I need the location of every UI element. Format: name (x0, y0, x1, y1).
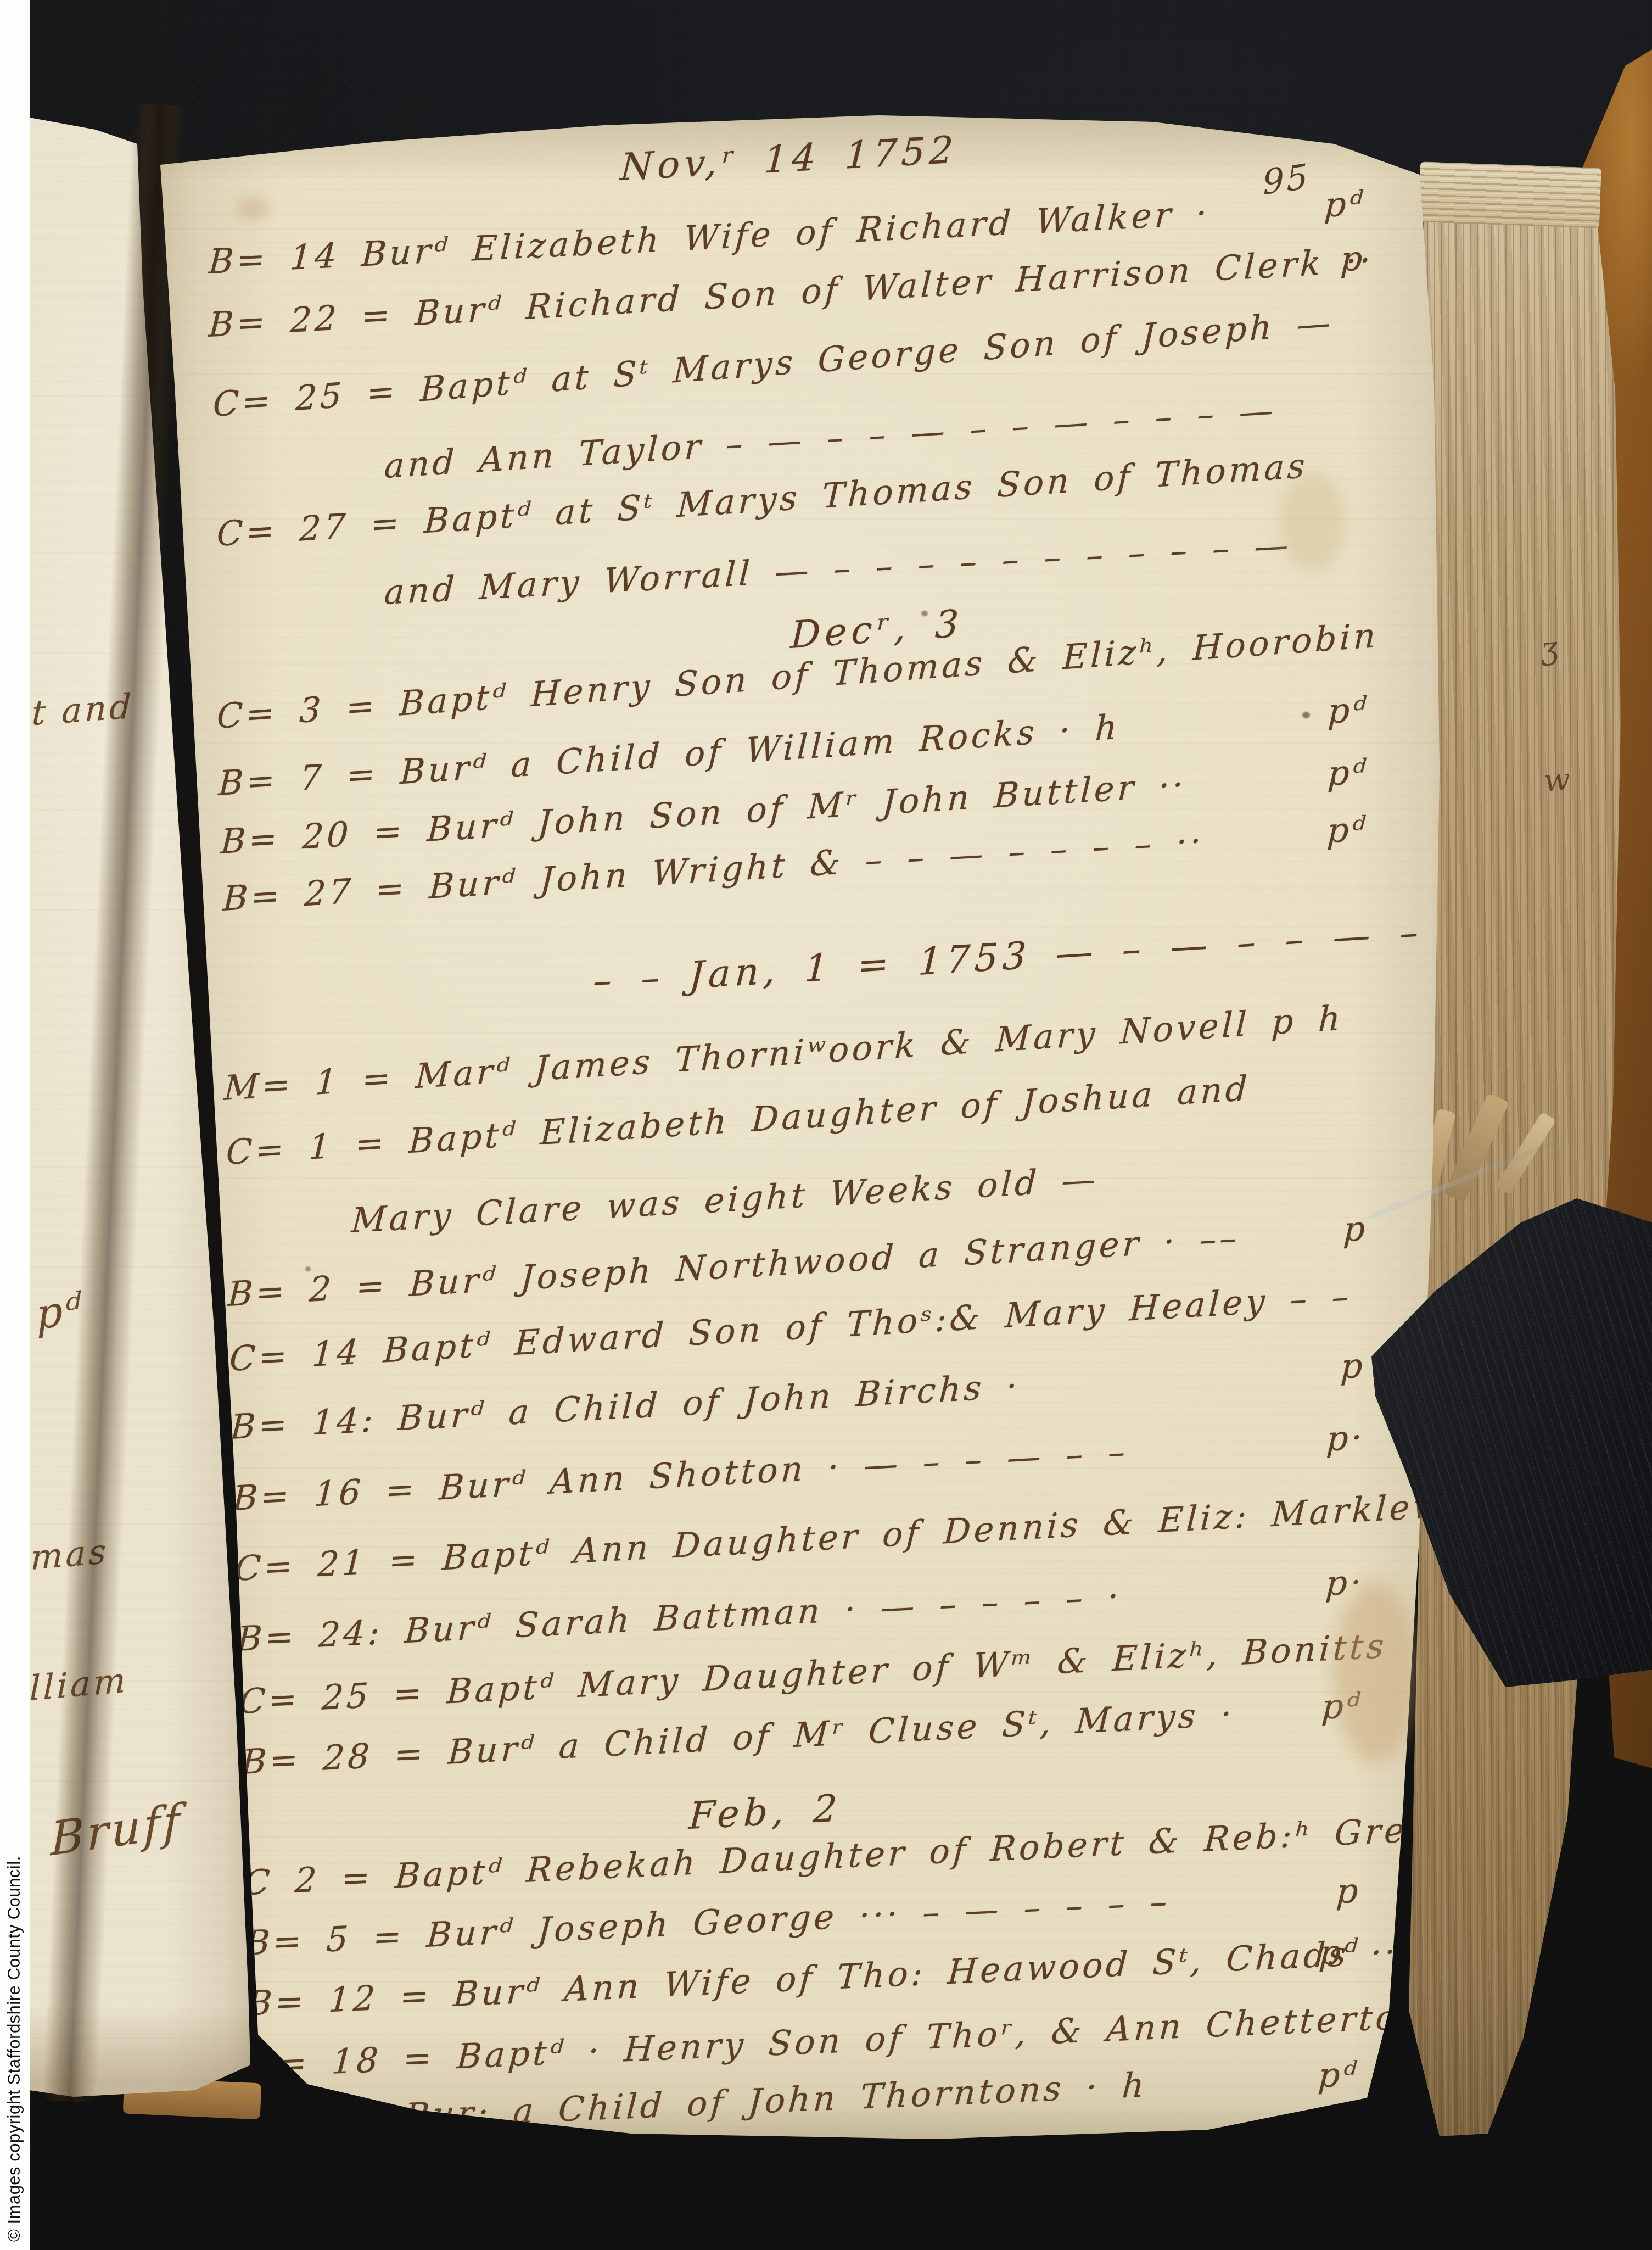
payment-mark: pᵈ (1317, 2053, 1361, 2095)
payment-mark: pᵈ (1318, 1931, 1362, 1973)
month-header-nov: Nov,ʳ 14 1752 (619, 129, 959, 190)
payment-mark: pᵈ (1327, 689, 1370, 732)
payment-mark: pᵈ (1326, 808, 1369, 851)
copyright-text: © Images copyright Staffordshire County … (4, 1693, 26, 2242)
ink-spot (305, 1266, 311, 1271)
payment-mark: p (1340, 1345, 1367, 1387)
ink-spot (921, 611, 928, 616)
ink-spot (1302, 712, 1310, 718)
handwriting-layer: Nov,ʳ 14 1752 95 B= 14 Burᵈ Elizabeth Wi… (137, 110, 1466, 2153)
entry-text: and Mary Worrall — – – – – – – – – – – — (383, 524, 1292, 612)
payment-mark: pᵈ (1323, 183, 1367, 225)
entry-text: B= 14: Burᵈ a Child of John Birchs · (229, 1365, 1021, 1447)
register-page: Nov,ʳ 14 1752 95 B= 14 Burᵈ Elizabeth Wi… (137, 110, 1466, 2153)
fore-edge-top-lip (1418, 161, 1601, 228)
payment-mark: pᵈ (1326, 751, 1370, 794)
fore-edge-ink-mark: ʒ (1539, 630, 1560, 667)
foxing-stain (236, 198, 269, 220)
payment-mark: p (1335, 1871, 1363, 1912)
payment-mark: p (1342, 1208, 1369, 1250)
water-stain (1334, 1582, 1416, 1763)
payment-mark: p· (1325, 1417, 1366, 1459)
entry-text: B= 16 = Burᵈ Ann Shotton · — – – — – – (232, 1431, 1129, 1518)
month-header-jan: – – Jan, 1 = 1753 — – — – – — – – (592, 908, 1471, 1003)
payment-mark: p (1340, 238, 1367, 280)
water-stain (1279, 472, 1345, 571)
month-header-feb: Feb, 2 (688, 1786, 843, 1838)
entry-text: Mary Clare was eight Weeks old — (350, 1159, 1100, 1241)
fore-edge-ink-mark: w (1543, 762, 1571, 799)
photograph-of-parish-register: { "copyright_notice": "© Images copyrigh… (0, 0, 1652, 2250)
